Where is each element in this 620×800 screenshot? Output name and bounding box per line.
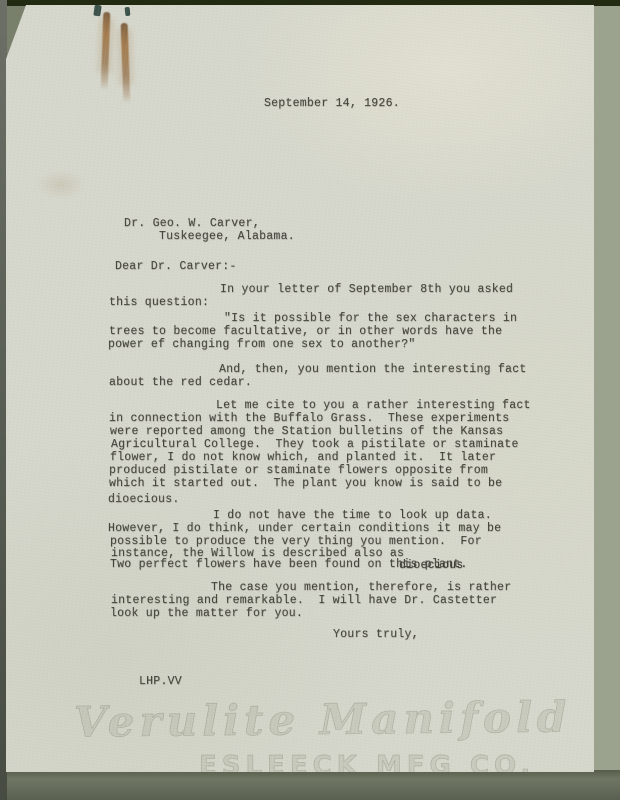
letter-line: dioecious. — [108, 493, 578, 506]
salutation-line: Dear Dr. Carver:- — [108, 260, 578, 273]
scan-mat-bottom — [0, 770, 620, 800]
recipient-line: Tuskeegee, Alabama. — [108, 230, 578, 243]
overstruck-word: his plant.dioecious — [396, 558, 470, 571]
letter-line: I do not have the time to look up data. — [108, 509, 578, 522]
scanned-letter-page: September 14, 1926.Dr. Geo. W. Carver,Tu… — [0, 0, 620, 800]
letter-body: September 14, 1926.Dr. Geo. W. Carver,Tu… — [108, 97, 578, 688]
date-line: September 14, 1926. — [108, 97, 578, 110]
rust-stain — [101, 12, 111, 90]
rust-stain — [121, 23, 131, 103]
initials-line: LHP.VV — [108, 675, 578, 688]
letter-line: Agricultural College. They took a pistil… — [108, 438, 578, 451]
letter-line: power ef changing from one sex to anothe… — [108, 338, 578, 351]
letter-line: in connection with the Buffalo Grass. Th… — [108, 412, 578, 425]
letter-line: this question: — [108, 296, 578, 309]
recipient-line: Dr. Geo. W. Carver, — [108, 217, 578, 230]
letter-line: However, I do think, under certain condi… — [108, 522, 578, 535]
letter-line: about the red cedar. — [108, 376, 578, 389]
letter-line: Let me cite to you a rather interesting … — [108, 399, 578, 412]
letter-line: trees to become facultative, or in other… — [108, 325, 578, 338]
letter-paper: September 14, 1926.Dr. Geo. W. Carver,Tu… — [6, 5, 594, 772]
letter-line: And, then, you mention the interesting f… — [108, 363, 578, 376]
staple-mark — [125, 7, 131, 16]
letter-line: produced pistilate or staminate flowers … — [108, 464, 578, 477]
letter-line: which it started out. The plant you know… — [108, 477, 578, 490]
letter-line: "Is it possible for the sex characters i… — [108, 312, 578, 325]
scan-mat-right — [593, 0, 620, 800]
letter-line: interesting and remarkable. I will have … — [108, 594, 578, 607]
letter-line: look up the matter for you. — [108, 607, 578, 620]
letter-line: The case you mention, therefore, is rath… — [108, 581, 578, 594]
letter-line: were reported among the Station bulletin… — [108, 425, 578, 438]
staple-mark — [93, 5, 101, 17]
scan-mat-left — [0, 0, 7, 800]
letter-line: Two perfect flowers have been found on t… — [108, 558, 578, 571]
closing-line: Yours truly, — [108, 628, 578, 641]
letter-line: In your letter of September 8th you aske… — [108, 283, 578, 296]
paper-watermark-brand: Verulite Manifold — [74, 692, 574, 746]
letter-line: flower, I do not know which, and planted… — [108, 451, 578, 464]
paper-stain — [36, 170, 86, 200]
